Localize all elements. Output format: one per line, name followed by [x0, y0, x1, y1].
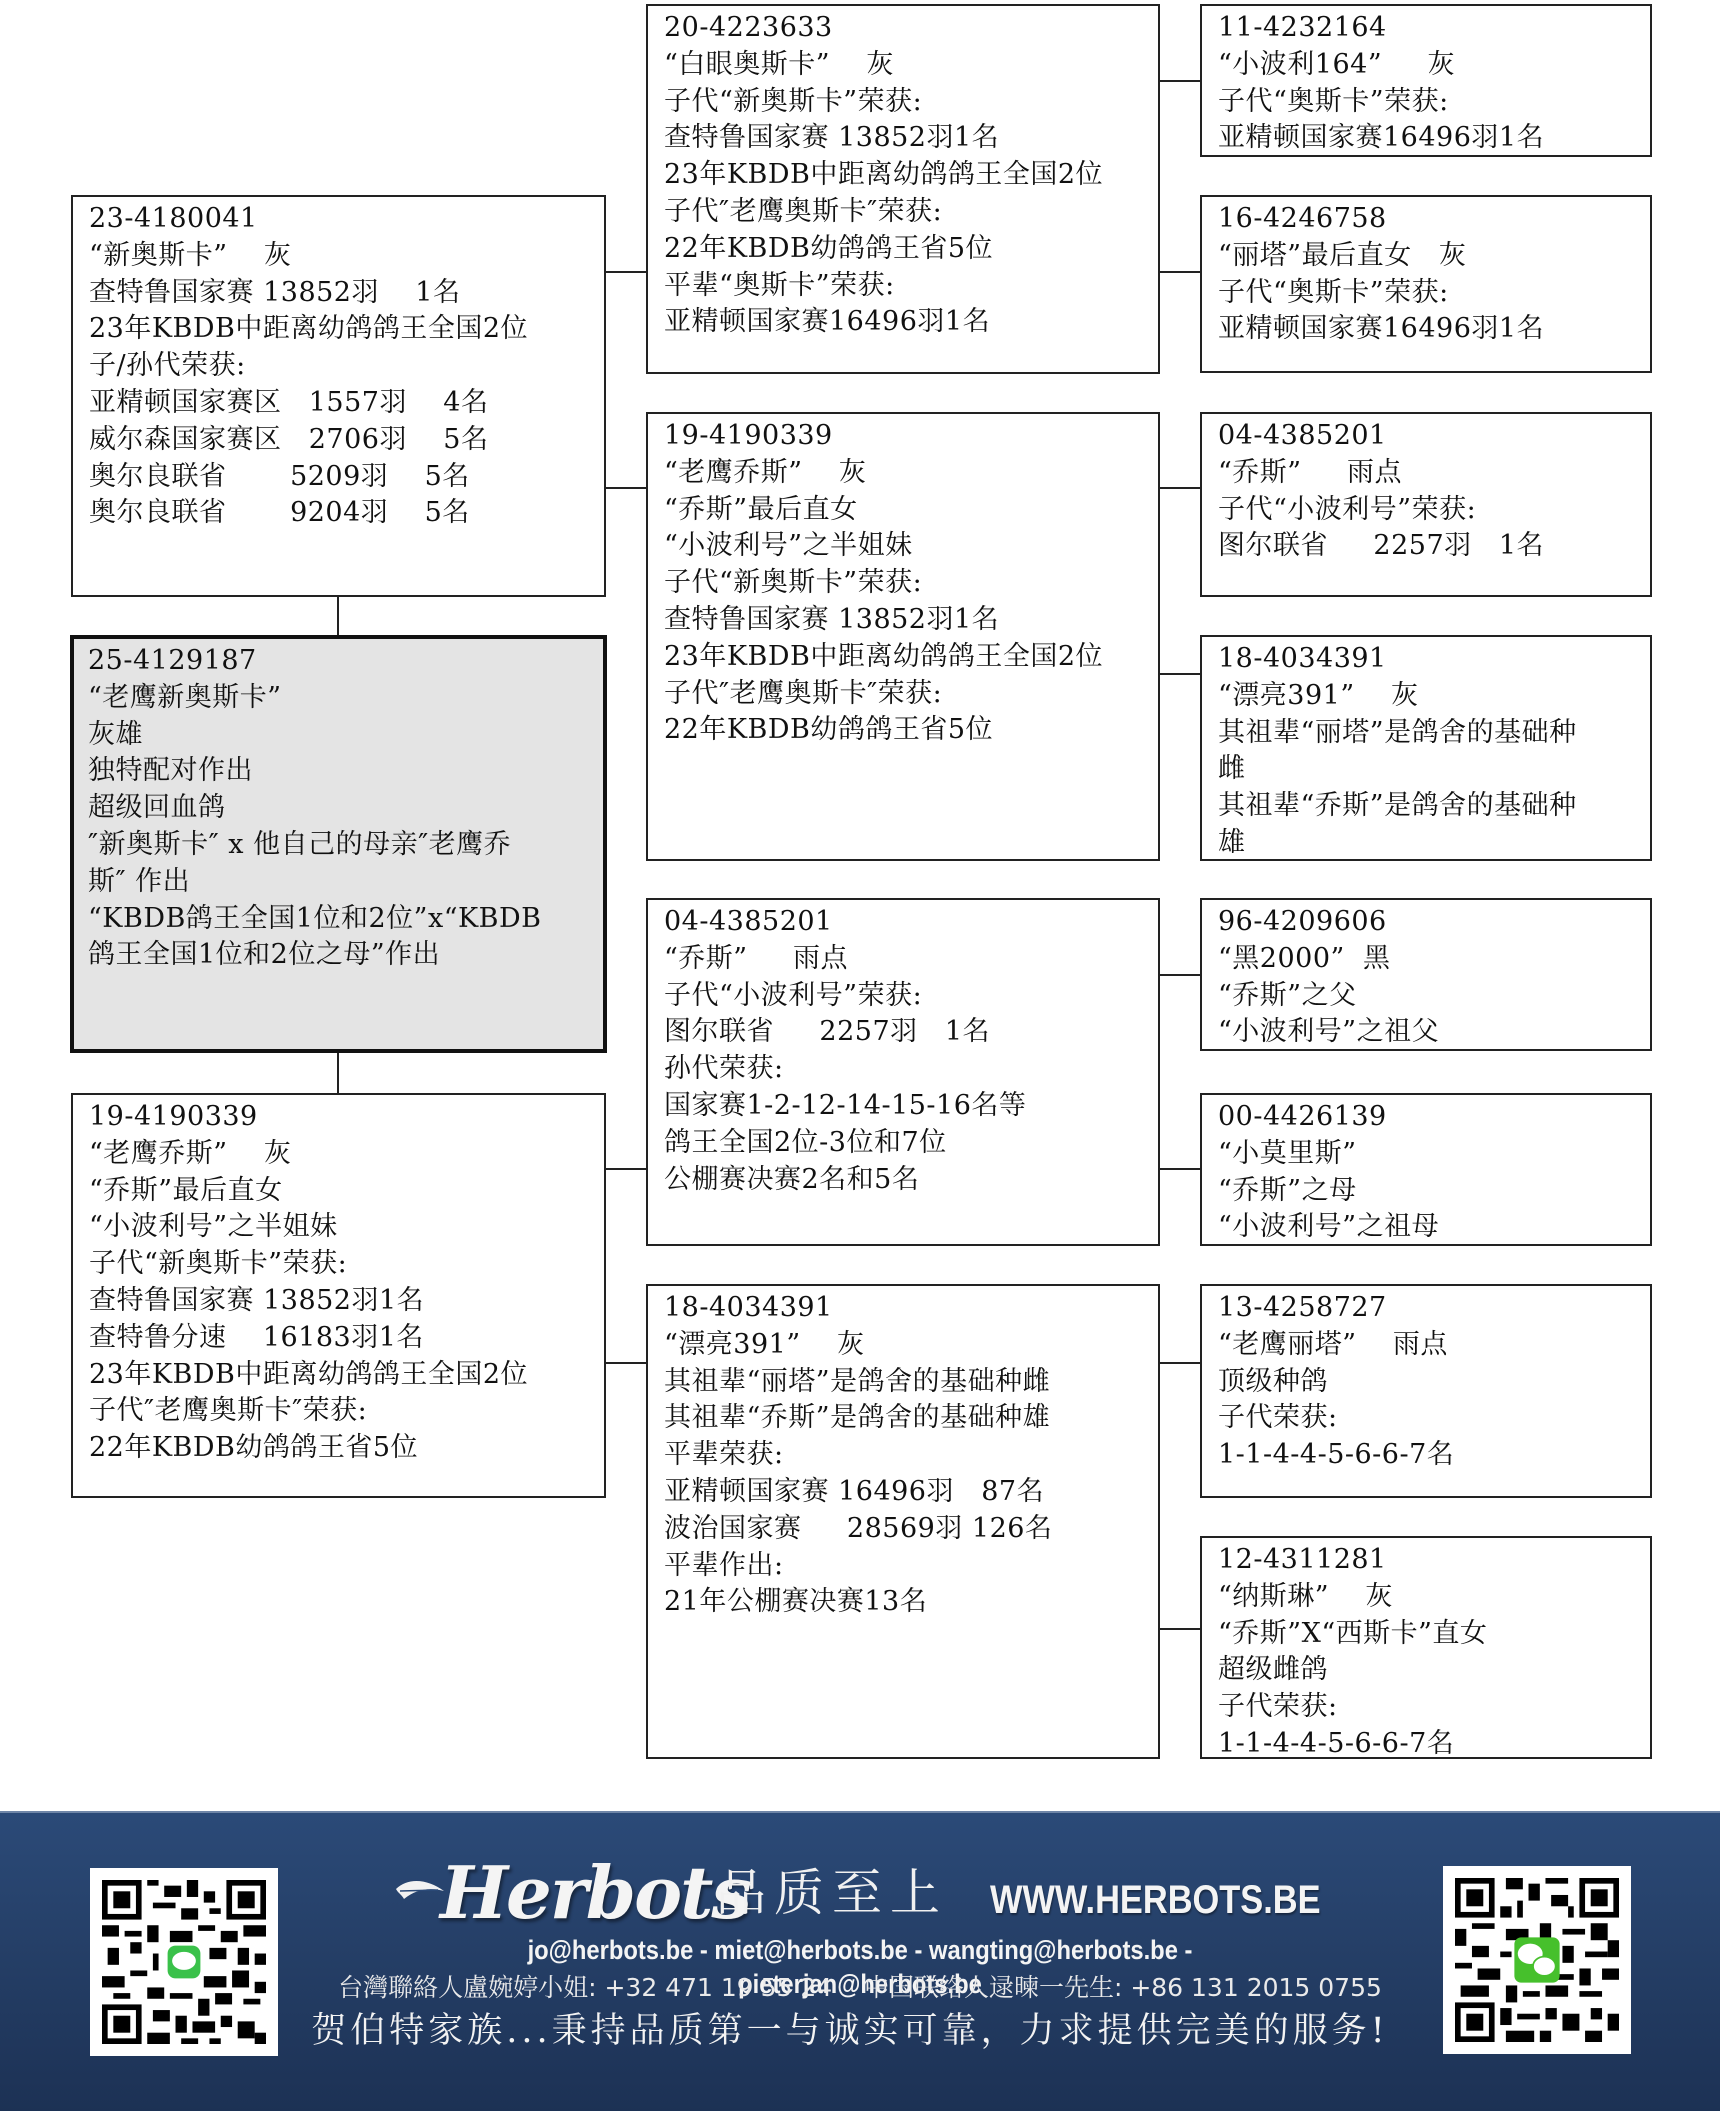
ring-number: 18-4034391: [1218, 641, 1642, 678]
pedigree-box-sire-dam: 19-4190339 “老鹰乔斯” 灰 “乔斯”最后直女 “小波利号”之半姐妹 …: [646, 412, 1160, 861]
ring-number: 00-4426139: [1218, 1099, 1642, 1136]
info-line: “KBDB鸽王全国1位和2位”x“KBDB: [88, 901, 595, 938]
info-line: 查特鲁国家赛 13852羽 1名: [89, 275, 596, 312]
info-line: 亚精顿国家赛16496羽1名: [1218, 120, 1642, 157]
info-line: 子/孙代荣获:: [89, 348, 596, 385]
connector-dam-to-dam-sire: [606, 1168, 646, 1170]
info-line: 国家赛1-2-12-14-15-16名等: [664, 1088, 1150, 1125]
info-line: “漂亮391” 灰: [664, 1327, 1150, 1364]
info-line: “乔斯”最后直女: [89, 1173, 596, 1210]
info-line: 1-1-4-4-5-6-6-7名: [1218, 1437, 1642, 1474]
info-line: 23年KBDB中距离幼鸽鸽王全国2位: [89, 311, 596, 348]
info-line: 查特鲁国家赛 13852羽1名: [664, 120, 1150, 157]
pedigree-box-g3: 04-4385201 “乔斯” 雨点 子代“小波利号”荣获: 图尔联省 2257…: [1200, 412, 1652, 597]
info-line: “新奥斯卡” 灰: [89, 238, 596, 275]
info-line: 平辈“奥斯卡”荣获:: [664, 268, 1150, 305]
connector-g1: [1159, 80, 1200, 82]
info-line: 查特鲁国家赛 13852羽1名: [89, 1283, 596, 1320]
connector-subject-dam: [337, 1052, 339, 1093]
info-line: 子代荣获:: [1218, 1689, 1642, 1726]
pedigree-box-dam-sire: 04-4385201 “乔斯” 雨点 子代“小波利号”荣获: 图尔联省 2257…: [646, 898, 1160, 1246]
info-line: “老鹰丽塔” 雨点: [1218, 1327, 1642, 1364]
info-line: 子代“奥斯卡”荣获:: [1218, 84, 1642, 121]
info-line: 亚精顿国家赛 16496羽 87名: [664, 1474, 1150, 1511]
ring-number: 20-4223633: [664, 10, 1150, 47]
website-link[interactable]: WWW.HERBOTS.BE: [990, 1875, 1321, 1925]
info-line: 子代“小波利号”荣获:: [664, 978, 1150, 1015]
info-line: “小波利号”之祖父: [1218, 1014, 1642, 1051]
info-line: 23年KBDB中距离幼鸽鸽王全国2位: [664, 639, 1150, 676]
info-line: 平辈作出:: [664, 1548, 1150, 1585]
ring-number: 25-4129187: [88, 643, 595, 680]
info-line: “小波利号”之祖母: [1218, 1209, 1642, 1246]
info-line: 公棚赛决赛2名和5名: [664, 1162, 1150, 1199]
info-line: 22年KBDB幼鸽鸽王省5位: [664, 231, 1150, 268]
info-line: 其祖辈“乔斯”是鸽舍的基础种雄: [664, 1400, 1150, 1437]
connector-sire-to-sire-sire: [606, 271, 646, 273]
info-line: 平辈荣获:: [664, 1437, 1150, 1474]
info-line: 雄: [1218, 825, 1642, 862]
pedigree-box-g8: 12-4311281 “纳斯琳” 灰 “乔斯”X“西斯卡”直女 超级雌鸽 子代荣…: [1200, 1536, 1652, 1759]
info-line: “乔斯”最后直女: [664, 492, 1150, 529]
info-line: “乔斯”X“西斯卡”直女: [1218, 1616, 1642, 1653]
ring-number: 12-4311281: [1218, 1542, 1642, 1579]
info-line: 奥尔良联省 9204羽 5名: [89, 495, 596, 532]
info-line: 灰雄: [88, 717, 595, 754]
info-line: 顶级种鸽: [1218, 1364, 1642, 1401]
info-line: 子代“新奥斯卡”荣获:: [89, 1246, 596, 1283]
info-line: 子代″老鹰奥斯卡″荣获:: [664, 676, 1150, 713]
info-line: 亚精顿国家赛区 1557羽 4名: [89, 385, 596, 422]
info-line: 子代“新奥斯卡”荣获:: [664, 84, 1150, 121]
info-line: 1-1-4-4-5-6-6-7名: [1218, 1726, 1642, 1763]
info-line: ″新奥斯卡″ x 他自己的母亲″老鹰乔: [88, 827, 595, 864]
info-line: 图尔联省 2257羽 1名: [664, 1014, 1150, 1051]
pedigree-box-dam: 19-4190339 “老鹰乔斯” 灰 “乔斯”最后直女 “小波利号”之半姐妹 …: [71, 1093, 606, 1498]
info-line: 亚精顿国家赛16496羽1名: [664, 304, 1150, 341]
qr-code-icon: [1455, 1878, 1619, 2042]
info-line: “丽塔”最后直女 灰: [1218, 238, 1642, 275]
info-line: 波治国家赛 28569羽 126名: [664, 1511, 1150, 1548]
connector-dam-to-dam-dam: [606, 1362, 646, 1364]
info-line: 子代″老鹰奥斯卡″荣获:: [664, 194, 1150, 231]
pedigree-box-g5: 96-4209606 “黑2000” 黑 “乔斯”之父 “小波利号”之祖父: [1200, 898, 1652, 1051]
pedigree-box-g4: 18-4034391 “漂亮391” 灰 其祖辈“丽塔”是鸽舍的基础种 雌 其祖…: [1200, 635, 1652, 861]
qr-code-icon: [102, 1880, 266, 2044]
connector-g7: [1159, 1362, 1200, 1364]
pedigree-box-g2: 16-4246758 “丽塔”最后直女 灰 子代“奥斯卡”荣获: 亚精顿国家赛1…: [1200, 195, 1652, 373]
info-line: “乔斯”之父: [1218, 978, 1642, 1015]
info-line: “乔斯” 雨点: [1218, 455, 1642, 492]
connector-g4: [1159, 673, 1200, 675]
info-line: 23年KBDB中距离幼鸽鸽王全国2位: [89, 1357, 596, 1394]
info-line: 奥尔良联省 5209羽 5名: [89, 459, 596, 496]
info-line: 超级回血鸽: [88, 790, 595, 827]
ring-number: 04-4385201: [664, 904, 1150, 941]
tagline: 品质至上: [716, 1863, 948, 1923]
feather-icon: [394, 1875, 446, 1905]
connector-g5: [1159, 974, 1200, 976]
brand-row: Herbots 品质至上 WWW.HERBOTS.BE: [400, 1853, 1340, 1933]
info-line: 威尔森国家赛区 2706羽 5名: [89, 422, 596, 459]
wechat-qr-code[interactable]: [1443, 1866, 1631, 2054]
info-line: 其祖辈“丽塔”是鸽舍的基础种: [1218, 715, 1642, 752]
info-line: 21年公棚赛决赛13名: [664, 1584, 1150, 1621]
info-line: “小莫里斯”: [1218, 1136, 1642, 1173]
pedigree-box-g6: 00-4426139 “小莫里斯” “乔斯”之母 “小波利号”之祖母: [1200, 1093, 1652, 1246]
info-line: 23年KBDB中距离幼鸽鸽王全国2位: [664, 157, 1150, 194]
info-line: 22年KBDB幼鸽鸽王省5位: [89, 1430, 596, 1467]
connector-g8: [1159, 1628, 1200, 1630]
info-line: 查特鲁分速 16183羽1名: [89, 1320, 596, 1357]
info-line: 子代“奥斯卡”荣获:: [1218, 275, 1642, 312]
info-line: “白眼奥斯卡” 灰: [664, 47, 1150, 84]
info-line: 子代“新奥斯卡”荣获:: [664, 565, 1150, 602]
info-line: 图尔联省 2257羽 1名: [1218, 528, 1642, 565]
info-line: 其祖辈“丽塔”是鸽舍的基础种雌: [664, 1364, 1150, 1401]
info-line: “乔斯”之母: [1218, 1173, 1642, 1210]
ring-number: 11-4232164: [1218, 10, 1642, 47]
info-line: 22年KBDB幼鸽鸽王省5位: [664, 712, 1150, 749]
info-line: 鸽王全国2位-3位和7位: [664, 1125, 1150, 1162]
ring-number: 13-4258727: [1218, 1290, 1642, 1327]
info-line: “小波利号”之半姐妹: [89, 1209, 596, 1246]
ring-number: 19-4190339: [664, 418, 1150, 455]
info-line: “小波利164” 灰: [1218, 47, 1642, 84]
info-line: 子代“小波利号”荣获:: [1218, 492, 1642, 529]
connector-g2: [1159, 271, 1200, 273]
connector-sire-subject: [337, 596, 339, 636]
ring-number: 16-4246758: [1218, 201, 1642, 238]
ring-number: 19-4190339: [89, 1099, 596, 1136]
ring-number: 96-4209606: [1218, 904, 1642, 941]
footer-banner: Herbots 品质至上 WWW.HERBOTS.BE jo@herbots.b…: [0, 1811, 1720, 2111]
ring-number: 04-4385201: [1218, 418, 1642, 455]
info-line: 其祖辈“乔斯”是鸽舍的基础种: [1218, 788, 1642, 825]
info-line: 鸽王全国1位和2位之母”作出: [88, 937, 595, 974]
info-line: “漂亮391” 灰: [1218, 678, 1642, 715]
info-line: 子代″老鹰奥斯卡″荣获:: [89, 1393, 596, 1430]
line-qr-code[interactable]: [90, 1868, 278, 2056]
pedigree-box-g1: 11-4232164 “小波利164” 灰 子代“奥斯卡”荣获: 亚精顿国家赛1…: [1200, 4, 1652, 157]
info-line: 斯″ 作出: [88, 864, 595, 901]
logo-text: Herbots: [440, 1853, 750, 1933]
info-line: “黑2000” 黑: [1218, 941, 1642, 978]
info-line: “老鹰乔斯” 灰: [664, 455, 1150, 492]
ring-number: 18-4034391: [664, 1290, 1150, 1327]
connector-g3: [1159, 487, 1200, 489]
info-line: 独特配对作出: [88, 753, 595, 790]
info-line: “老鹰新奥斯卡”: [88, 680, 595, 717]
ring-number: 23-4180041: [89, 201, 596, 238]
pedigree-box-sire-sire: 20-4223633 “白眼奥斯卡” 灰 子代“新奥斯卡”荣获: 查特鲁国家赛 …: [646, 4, 1160, 374]
slogan: 贺伯特家族...秉持品质第一与诚实可靠，力求提供完美的服务!: [290, 2009, 1410, 2053]
info-line: 孙代荣获:: [664, 1051, 1150, 1088]
pedigree-box-subject: 25-4129187 “老鹰新奥斯卡” 灰雄 独特配对作出 超级回血鸽 ″新奥斯…: [70, 635, 607, 1053]
info-line: “小波利号”之半姐妹: [664, 528, 1150, 565]
connector-sire-to-sire-dam: [606, 487, 646, 489]
info-line: 子代荣获:: [1218, 1400, 1642, 1437]
info-line: 超级雌鸽: [1218, 1652, 1642, 1689]
info-line: 亚精顿国家赛16496羽1名: [1218, 311, 1642, 348]
info-line: 查特鲁国家赛 13852羽1名: [664, 602, 1150, 639]
pedigree-box-dam-dam: 18-4034391 “漂亮391” 灰 其祖辈“丽塔”是鸽舍的基础种雌 其祖辈…: [646, 1284, 1160, 1759]
pedigree-box-sire: 23-4180041 “新奥斯卡” 灰 查特鲁国家赛 13852羽 1名 23年…: [71, 195, 606, 597]
info-line: “老鹰乔斯” 灰: [89, 1136, 596, 1173]
contact-phones: 台灣聯絡人盧婉婷小姐: +32 471 19 55 24 中国联络人逯暕一先生:…: [300, 1971, 1420, 2005]
info-line: “乔斯” 雨点: [664, 941, 1150, 978]
info-line: “纳斯琳” 灰: [1218, 1579, 1642, 1616]
connector-g6: [1159, 1168, 1200, 1170]
pedigree-box-g7: 13-4258727 “老鹰丽塔” 雨点 顶级种鸽 子代荣获: 1-1-4-4-…: [1200, 1284, 1652, 1498]
info-line: 雌: [1218, 751, 1642, 788]
